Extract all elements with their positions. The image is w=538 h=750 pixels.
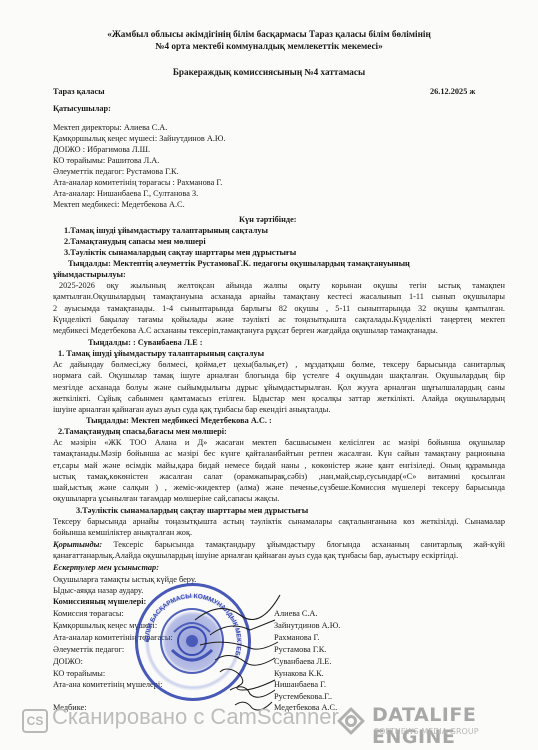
participant-item: Ата-аналар комитетінің төрағасы : Рахман… <box>53 177 222 188</box>
agenda-item: 1.Тамақ ішуді ұйымдастыру талаптарының с… <box>64 225 268 236</box>
signature-role: Комиссия төрағасы: <box>53 608 124 619</box>
conclusion-label: Қорытынды: <box>53 540 102 549</box>
participant-item: Мектеп директоры: Алиева С.А. <box>53 122 167 133</box>
datalife-engine-subtitle: SOFTNEWS MEDIA GROUP <box>374 727 479 736</box>
section2-paragraph: Ас дайындау бөлмесі,жу бөлмесі, қойма,ет… <box>53 359 505 415</box>
section4-paragraph: Тексеру барысында арнайы тоңазытқышта ас… <box>53 516 505 539</box>
heard-suvanbaeva: Тыңдалды: : Суванбаева Л.Е : <box>88 337 202 348</box>
section4-subheading: 3.Тәуліктік сынамалардың сақтау шарттары… <box>76 505 308 516</box>
recommendations-heading: Ескертулер мен ұсыныстар: <box>53 562 159 573</box>
scanned-document-page: «Жамбыл облысы әкімдігінің білім басқарм… <box>0 0 538 750</box>
camscanner-watermark: Сканировано с CamScanner <box>52 704 339 730</box>
document-date: 26.12.2025 ж <box>430 86 475 97</box>
section2-subheading: 1. Тамақ ішуді ұйымдастыру талаптарының … <box>58 348 264 359</box>
heard-social-pedagogue-cont: ұйымдастырылуы: <box>53 269 126 280</box>
handwritten-signatures <box>190 590 285 720</box>
agenda-heading: Күн тәртібінде: <box>239 214 297 225</box>
section3-paragraph: Ас мәзірін «ЖК ТОО Алана и Д» жасаған ме… <box>53 437 505 505</box>
participant-item: ДОІЖО : Ибрагимова Л.Ш. <box>53 144 150 155</box>
conclusion: Қорытынды: Тексеріс барысында тамақтанды… <box>53 539 505 562</box>
section1-paragraph: 2025-2026 оқу жылының желтоқсан айында ж… <box>53 280 505 336</box>
city: Тараз қаласы <box>53 86 105 97</box>
participant-item: КО төрайымы: Рашитова Л.А. <box>53 155 159 166</box>
participant-item: Қамқоршылық кеңес мүшесі: Зайнутдинов А.… <box>53 133 226 144</box>
participant-item: Ата-аналар: Нишанбаева Г., Султанова З. <box>53 188 198 199</box>
participant-item: Әлеуметтік педагог: Рустамова Г.К. <box>53 166 179 177</box>
participant-item: Мектеп медбикесі: Медетбекова А.С. <box>53 199 185 210</box>
document-title: Бракераждық комиссиясының №4 хаттамасы <box>0 67 538 77</box>
datalife-engine-logo-icon <box>337 707 365 735</box>
signature-role: КО төрайымы: <box>53 668 105 679</box>
camscanner-logo-icon: CS <box>22 709 48 733</box>
org-name-line-1: «Жамбыл облысы әкімдігінің білім басқарм… <box>0 29 538 39</box>
signature-role: Әлеуметтік педагог: <box>53 644 124 655</box>
recommendation-item: Ыдыс-аяққа назар аудару. <box>53 585 143 596</box>
heard-social-pedagogue: Тыңдалды: Мектептің әлеуметтік Рустамова… <box>68 258 410 269</box>
agenda-item: 2.Тамақтанудың сапасы мен мөлшері <box>64 236 206 247</box>
heard-nurse: Тыңдалды: Мектеп медбикесі Медетбекова А… <box>86 415 272 426</box>
agenda-item: 3.Тәуліктік сынамалардың сақтау шарттары… <box>64 247 296 258</box>
participants-heading: Қатысушылар: <box>53 103 111 114</box>
section3-subheading: 2.Тамақтанудың спасы,бағасы мен мөлшері: <box>58 426 227 437</box>
recommendation-item: Оқушыларға тамақты ыстық күйде беру. <box>53 574 196 585</box>
signature-role: ДОІЖО: <box>53 656 83 667</box>
datalife-engine-watermark: DATALIFE ENGINE <box>372 704 538 748</box>
commission-members-heading: Комиссияның мүшелері: <box>53 596 146 607</box>
org-name-line-2: №4 орта мектебі коммуналдық мемлекеттік … <box>0 41 538 51</box>
